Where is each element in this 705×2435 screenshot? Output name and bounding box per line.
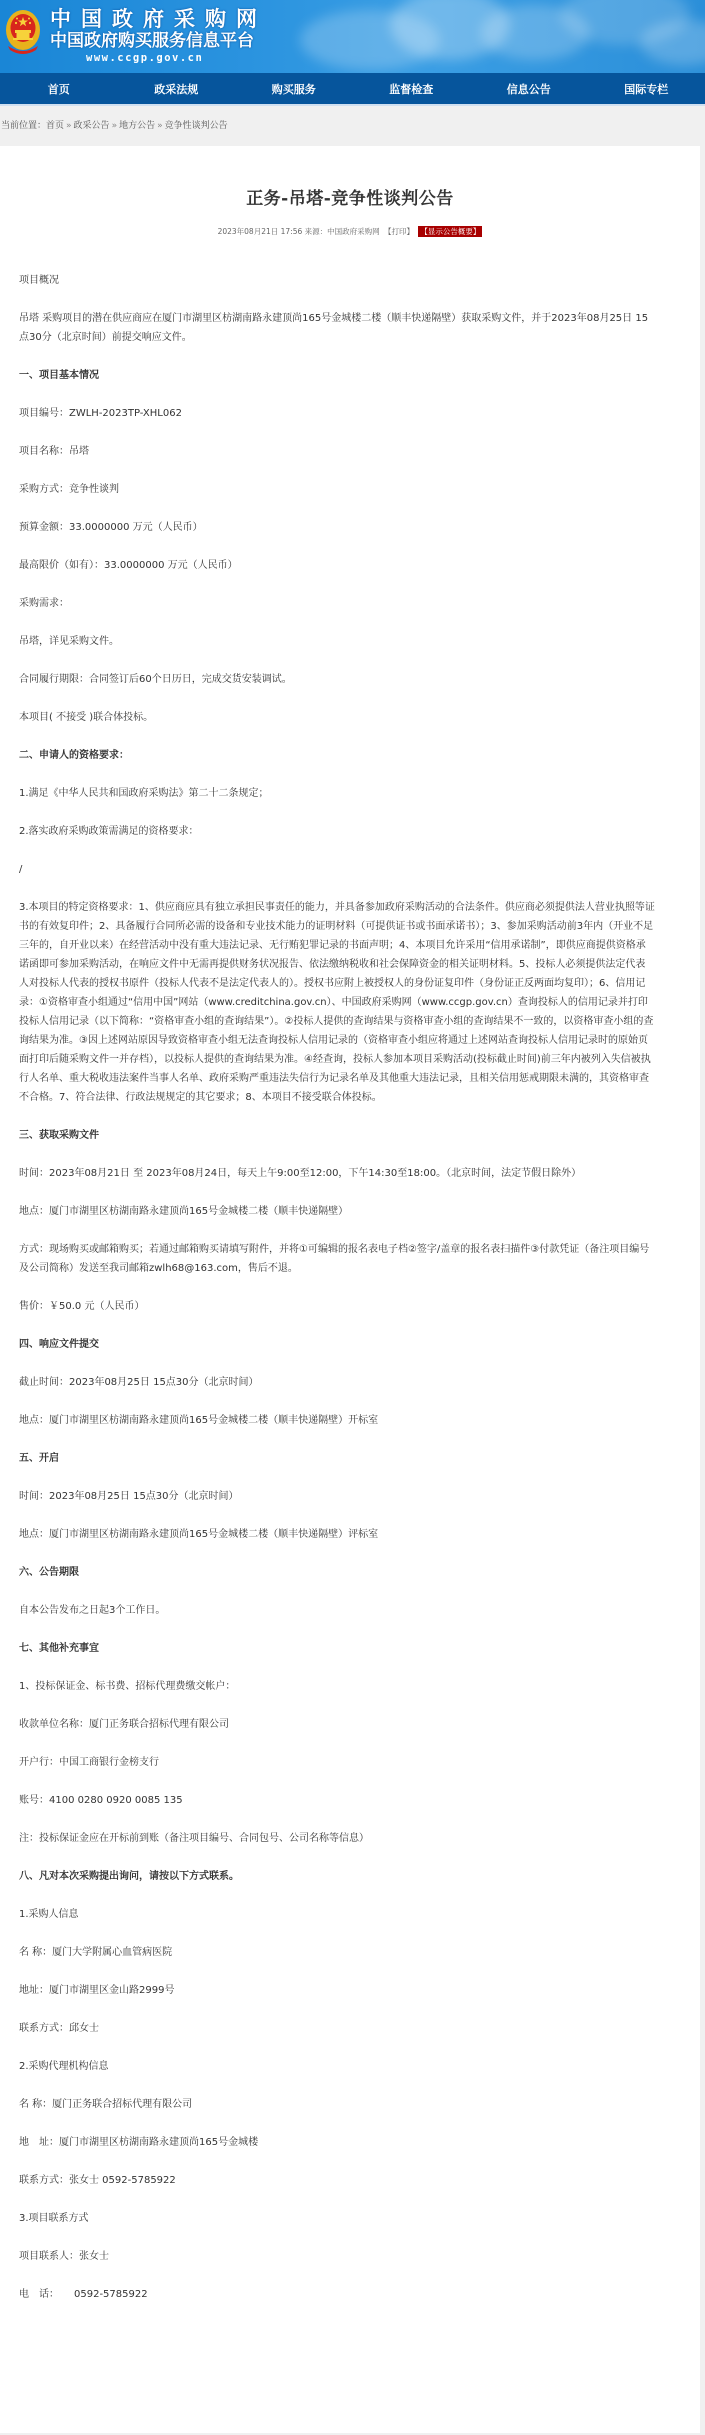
nav-item-regulations[interactable]: 政采法规 bbox=[118, 81, 235, 97]
paragraph: 截止时间：2023年08月25日 15点30分（北京时间） bbox=[19, 1373, 655, 1392]
logo-title: 中国政府采购网 bbox=[50, 8, 267, 31]
paragraph: 2.落实政府采购政策需满足的资格要求： bbox=[19, 822, 655, 841]
section-heading: 五、开启 bbox=[19, 1449, 655, 1468]
article-meta: 2023年08月21日 17:56 来源：中国政府采购网 【打印】 【显示公告概… bbox=[0, 226, 700, 238]
paragraph: 3.本项目的特定资格要求：1、供应商应具有独立承担民事责任的能力，并具备参加政府… bbox=[19, 898, 655, 1107]
breadcrumb-separator: » bbox=[66, 121, 72, 131]
paragraph: 采购方式：竞争性谈判 bbox=[19, 480, 655, 499]
print-link[interactable]: 【打印】 bbox=[384, 227, 414, 236]
paragraph: / bbox=[19, 860, 655, 879]
section-heading: 一、项目基本情况 bbox=[19, 366, 655, 385]
breadcrumb-separator: » bbox=[157, 121, 163, 131]
section-heading: 七、其他补充事宜 bbox=[19, 1639, 655, 1658]
paragraph: 3.项目联系方式 bbox=[19, 2209, 655, 2228]
paragraph: 时间：2023年08月25日 15点30分（北京时间） bbox=[19, 1487, 655, 1506]
breadcrumb-prefix: 当前位置： bbox=[1, 121, 46, 131]
nav-item-purchase-services[interactable]: 购买服务 bbox=[235, 81, 352, 97]
main-nav: 首页 政采法规 购买服务 监督检查 信息公告 国际专栏 bbox=[0, 73, 705, 106]
paragraph: 自本公告发布之日起3个工作日。 bbox=[19, 1601, 655, 1620]
section-heading: 四、响应文件提交 bbox=[19, 1335, 655, 1354]
nav-item-international[interactable]: 国际专栏 bbox=[588, 81, 705, 97]
section-heading: 六、公告期限 bbox=[19, 1563, 655, 1582]
section-heading: 八、凡对本次采购提出询问，请按以下方式联系。 bbox=[19, 1867, 655, 1886]
paragraph: 地点：厦门市湖里区枋湖南路永建顶尚165号金城楼二楼（顺丰快递隔壁）开标室 bbox=[19, 1411, 655, 1430]
paragraph: 时间：2023年08月21日 至 2023年08月24日，每天上午9:00至12… bbox=[19, 1164, 655, 1183]
paragraph: 吊塔，详见采购文件。 bbox=[19, 632, 655, 651]
paragraph: 吊塔 采购项目的潜在供应商应在厦门市湖里区枋湖南路永建顶尚165号金城楼二楼（顺… bbox=[19, 309, 655, 347]
breadcrumb-procurement-announcements[interactable]: 政采公告 bbox=[74, 121, 110, 131]
paragraph: 项目联系人：张女士 bbox=[19, 2247, 655, 2266]
paragraph: 名 称：厦门大学附属心血管病医院 bbox=[19, 1943, 655, 1962]
paragraph: 方式：现场购买或邮箱购买；若通过邮箱购买请填写附件，并将①可编辑的报名表电子档②… bbox=[19, 1240, 655, 1278]
national-emblem-icon bbox=[4, 8, 42, 56]
paragraph: 地点：厦门市湖里区枋湖南路永建顶尚165号金城楼二楼（顺丰快递隔壁）评标室 bbox=[19, 1525, 655, 1544]
breadcrumb-separator: » bbox=[112, 121, 118, 131]
paragraph: 收款单位名称：厦门正务联合招标代理有限公司 bbox=[19, 1715, 655, 1734]
section-heading: 二、申请人的资格要求： bbox=[19, 746, 655, 765]
breadcrumb-home[interactable]: 首页 bbox=[46, 121, 64, 131]
breadcrumb-current[interactable]: 竞争性谈判公告 bbox=[165, 121, 228, 131]
section-heading: 三、获取采购文件 bbox=[19, 1126, 655, 1145]
paragraph: 名 称：厦门正务联合招标代理有限公司 bbox=[19, 2095, 655, 2114]
nav-item-home[interactable]: 首页 bbox=[0, 81, 117, 97]
site-banner: 中国政府采购网 中国政府购买服务信息平台 www.ccgp.gov.cn bbox=[0, 0, 705, 73]
paragraph: 电 话： 0592-5785922 bbox=[19, 2285, 655, 2304]
paragraph: 合同履行期限：合同签订后60个日历日，完成交货安装调试。 bbox=[19, 670, 655, 689]
source-name: 中国政府采购网 bbox=[327, 227, 380, 236]
paragraph: 项目名称：吊塔 bbox=[19, 442, 655, 461]
paragraph: 项目概况 bbox=[19, 271, 655, 290]
publish-datetime: 2023年08月21日 17:56 bbox=[218, 227, 303, 236]
paragraph: 账号：4100 0280 0920 0085 135 bbox=[19, 1791, 655, 1810]
logo-subtitle: 中国政府购买服务信息平台 bbox=[50, 31, 267, 51]
article-body: 项目概况吊塔 采购项目的潜在供应商应在厦门市湖里区枋湖南路永建顶尚165号金城楼… bbox=[0, 271, 700, 2304]
paragraph: 最高限价（如有）：33.0000000 万元（人民币） bbox=[19, 556, 655, 575]
nav-item-supervision[interactable]: 监督检查 bbox=[353, 81, 470, 97]
source-label: 来源： bbox=[305, 227, 328, 236]
paragraph: 采购需求： bbox=[19, 594, 655, 613]
breadcrumb: 当前位置：首页»政采公告»地方公告»竞争性谈判公告 bbox=[0, 106, 705, 146]
paragraph: 1.满足《中华人民共和国政府采购法》第二十二条规定； bbox=[19, 784, 655, 803]
paragraph: 注：投标保证金应在开标前到账（备注项目编号、合同包号、公司名称等信息） bbox=[19, 1829, 655, 1848]
paragraph: 地点：厦门市湖里区枋湖南路永建顶尚165号金城楼二楼（顺丰快递隔壁） bbox=[19, 1202, 655, 1221]
paragraph: 2.采购代理机构信息 bbox=[19, 2057, 655, 2076]
paragraph: 开户行：中国工商银行金榜支行 bbox=[19, 1753, 655, 1772]
paragraph: 联系方式：邱女士 bbox=[19, 2019, 655, 2038]
paragraph: 联系方式：张女士 0592-5785922 bbox=[19, 2171, 655, 2190]
breadcrumb-local-announcements[interactable]: 地方公告 bbox=[119, 121, 155, 131]
paragraph: 售价：￥50.0 元（人民币） bbox=[19, 1297, 655, 1316]
paragraph: 地址：厦门市湖里区金山路2999号 bbox=[19, 1981, 655, 2000]
paragraph: 项目编号：ZWLH-2023TP-XHL062 bbox=[19, 404, 655, 423]
paragraph: 1.采购人信息 bbox=[19, 1905, 655, 1924]
paragraph: 预算金额：33.0000000 万元（人民币） bbox=[19, 518, 655, 537]
show-summary-button[interactable]: 【显示公告概要】 bbox=[418, 226, 482, 237]
paragraph: 地 址：厦门市湖里区枋湖南路永建顶尚165号金城楼 bbox=[19, 2133, 655, 2152]
logo-url: www.ccgp.gov.cn bbox=[50, 51, 267, 65]
nav-item-announcements[interactable]: 信息公告 bbox=[470, 81, 587, 97]
site-logo[interactable]: 中国政府采购网 中国政府购买服务信息平台 www.ccgp.gov.cn bbox=[50, 8, 267, 65]
paragraph: 1、投标保证金、标书费、招标代理费缴交帐户： bbox=[19, 1677, 655, 1696]
paragraph: 本项目( 不接受 )联合体投标。 bbox=[19, 708, 655, 727]
page-title: 正务-吊塔-竞争性谈判公告 bbox=[0, 186, 700, 212]
content-panel: 正务-吊塔-竞争性谈判公告 2023年08月21日 17:56 来源：中国政府采… bbox=[0, 146, 700, 2433]
